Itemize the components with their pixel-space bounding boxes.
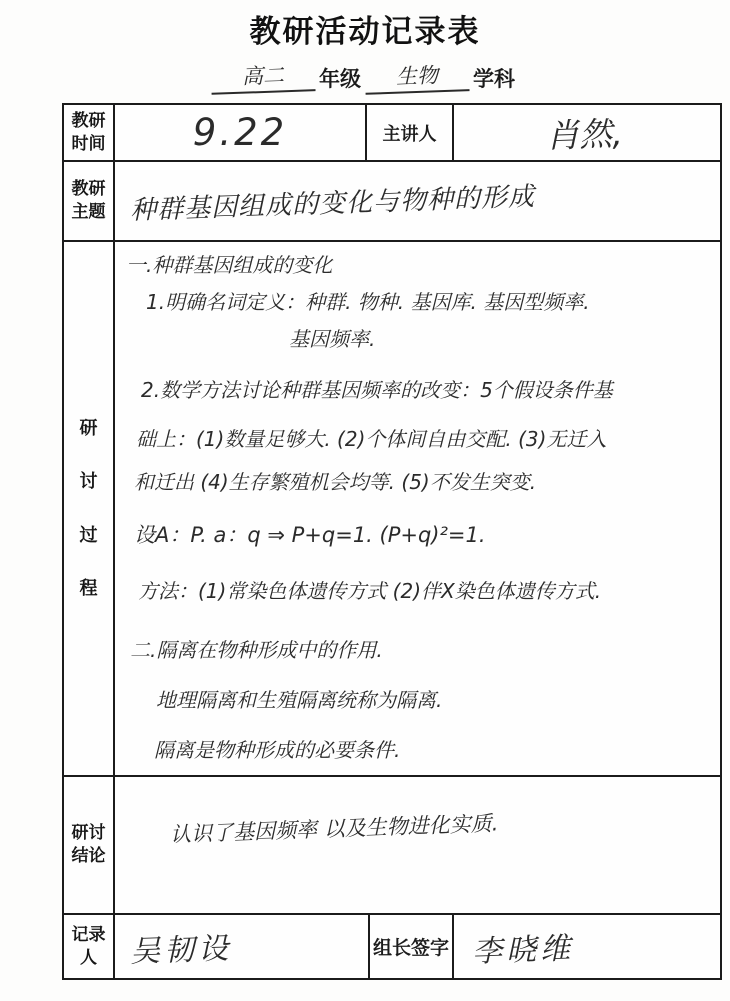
grade-label: 年级 bbox=[319, 63, 361, 93]
subject-label: 学科 bbox=[473, 63, 515, 93]
subject-value-handwritten: 生物 bbox=[364, 58, 469, 95]
process-line: 础上：(1)数量足够大. (2)个体间自由交配. (3)无迁入 bbox=[136, 424, 712, 454]
topic-label-cell: 教研主题 bbox=[64, 162, 115, 240]
time-value-cell: 9.22 bbox=[115, 105, 367, 160]
process-line: 地理隔离和生殖隔离统称为隔离. bbox=[156, 685, 712, 715]
leader-label: 组长签字 bbox=[373, 933, 449, 960]
leader-label-cell: 组长签字 bbox=[370, 915, 454, 978]
process-line: 二.隔离在物种形成中的作用. bbox=[130, 635, 712, 665]
speaker-label: 主讲人 bbox=[383, 120, 437, 146]
recorder-signature-cell: 吴韧设 bbox=[115, 915, 370, 978]
row-conclusion: 研讨结论 认识了基因频率 以及生物进化实质. bbox=[64, 777, 720, 915]
process-line: 1.明确名词定义：种群. 物种. 基因库. 基因型频率. bbox=[146, 287, 712, 317]
row-process: 研讨过程 一.种群基因组成的变化 1.明确名词定义：种群. 物种. 基因库. 基… bbox=[64, 242, 720, 777]
process-label: 研讨过程 bbox=[78, 402, 100, 614]
speaker-value-handwritten: 肖然, bbox=[545, 108, 623, 158]
row-time-speaker: 教研时间 9.22 主讲人 肖然, bbox=[64, 105, 720, 162]
topic-value-handwritten: 种群基因组成的变化与物种的形成 bbox=[129, 175, 535, 226]
process-line: 方法：(1)常染色体遗传方式 (2)伴X染色体遗传方式. bbox=[138, 576, 712, 606]
process-content-cell: 一.种群基因组成的变化 1.明确名词定义：种群. 物种. 基因库. 基因型频率.… bbox=[115, 242, 720, 775]
time-value-handwritten: 9.22 bbox=[193, 111, 287, 154]
conclusion-content-cell: 认识了基因频率 以及生物进化实质. bbox=[115, 777, 720, 913]
speaker-label-cell: 主讲人 bbox=[367, 105, 454, 160]
form-title: 教研活动记录表 bbox=[0, 6, 730, 51]
process-line: 和迁出 (4)生存繁殖机会均等. (5)不发生突变. bbox=[134, 467, 712, 497]
process-line: 基因频率. bbox=[289, 324, 712, 354]
recorder-label-cell: 记录人 bbox=[64, 915, 115, 978]
process-line: 一.种群基因组成的变化 bbox=[126, 250, 712, 280]
leader-signature-cell: 李晓维 bbox=[454, 915, 720, 978]
process-line: 隔离是物种形成的必要条件. bbox=[154, 735, 712, 765]
conclusion-label: 研讨结论 bbox=[71, 822, 107, 868]
record-table: 教研时间 9.22 主讲人 肖然, 教研主题 种群基因组成的变化与物种的形成 bbox=[62, 103, 722, 980]
recorder-label: 记录人 bbox=[71, 924, 107, 970]
conclusion-label-cell: 研讨结论 bbox=[64, 777, 115, 913]
conclusion-text-handwritten: 认识了基因频率 以及生物进化实质. bbox=[170, 807, 499, 848]
row-signatures: 记录人 吴韧设 组长签字 李晓维 bbox=[64, 915, 720, 978]
grade-subject-line: 高二年级生物学科 bbox=[0, 60, 730, 93]
grade-value-handwritten: 高二 bbox=[210, 58, 315, 95]
time-label-cell: 教研时间 bbox=[64, 105, 115, 160]
speaker-value-cell: 肖然, bbox=[454, 105, 720, 160]
topic-value-cell: 种群基因组成的变化与物种的形成 bbox=[115, 162, 720, 240]
scanned-form-page: 教研活动记录表 高二年级生物学科 教研时间 9.22 主讲人 肖然, 教研主题 bbox=[0, 0, 730, 1001]
row-topic: 教研主题 种群基因组成的变化与物种的形成 bbox=[64, 162, 720, 242]
leader-signature-handwritten: 李晓维 bbox=[471, 923, 574, 971]
recorder-signature-handwritten: 吴韧设 bbox=[129, 923, 232, 971]
process-formula-line: 设A：P. a：q ⇒ P+q=1. (P+q)²=1. bbox=[134, 520, 712, 550]
process-line: 2.数学方法讨论种群基因频率的改变：5个假设条件基 bbox=[141, 375, 712, 405]
time-label: 教研时间 bbox=[71, 110, 107, 156]
topic-label: 教研主题 bbox=[71, 178, 107, 224]
process-label-cell: 研讨过程 bbox=[64, 242, 115, 775]
